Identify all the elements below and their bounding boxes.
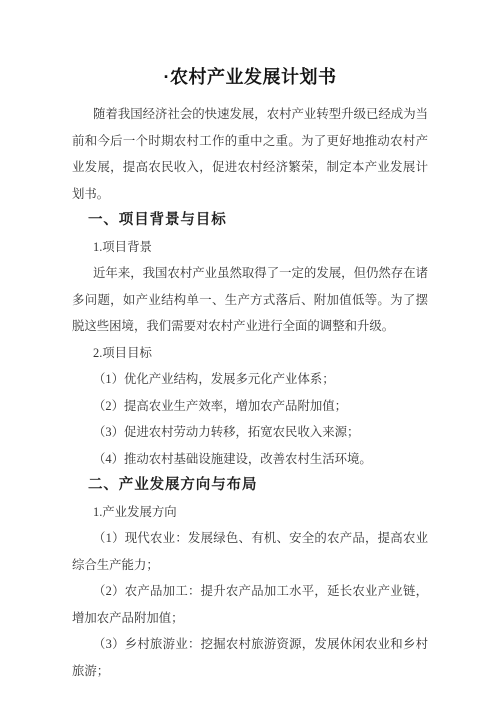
- direction-item-2: （2）农产品加工：提升农产品加工水平，延长农业产业链，增加农产品附加值；: [72, 578, 428, 631]
- goal-item-1: （1）优化产业结构，发展多元化产业体系；: [72, 366, 428, 393]
- goal-item-3: （3）促进农村劳动力转移，拓宽农民收入来源；: [72, 419, 428, 446]
- subheading-project-goals: 2.项目目标: [72, 340, 428, 367]
- direction-item-3: （3）乡村旅游业：挖掘农村旅游资源，发展休闲农业和乡村旅游；: [72, 631, 428, 684]
- subheading-industry-direction: 1.产业发展方向: [72, 499, 428, 526]
- document-page: ·农村产业发展计划书 随着我国经济社会的快速发展，农村产业转型升级已经成为当前和…: [0, 0, 500, 707]
- background-paragraph: 近年来，我国农村产业虽然取得了一定的发展，但仍然存在诸多问题，如产业结构单一、生…: [72, 260, 428, 340]
- direction-item-1: （1）现代农业：发展绿色、有机、安全的农产品，提高农业综合生产能力；: [72, 525, 428, 578]
- intro-paragraph: 随着我国经济社会的快速发展，农村产业转型升级已经成为当前和今后一个时期农村工作的…: [72, 101, 428, 207]
- goal-item-2: （2）提高农业生产效率，增加农产品附加值；: [72, 393, 428, 420]
- section-heading-2: 二、产业发展方向与布局: [72, 472, 428, 499]
- section-heading-1: 一、项目背景与目标: [72, 207, 428, 234]
- document-title: ·农村产业发展计划书: [72, 63, 428, 91]
- goal-item-4: （4）推动农村基础设施建设，改善农村生活环境。: [72, 446, 428, 473]
- subheading-project-background: 1.项目背景: [72, 234, 428, 261]
